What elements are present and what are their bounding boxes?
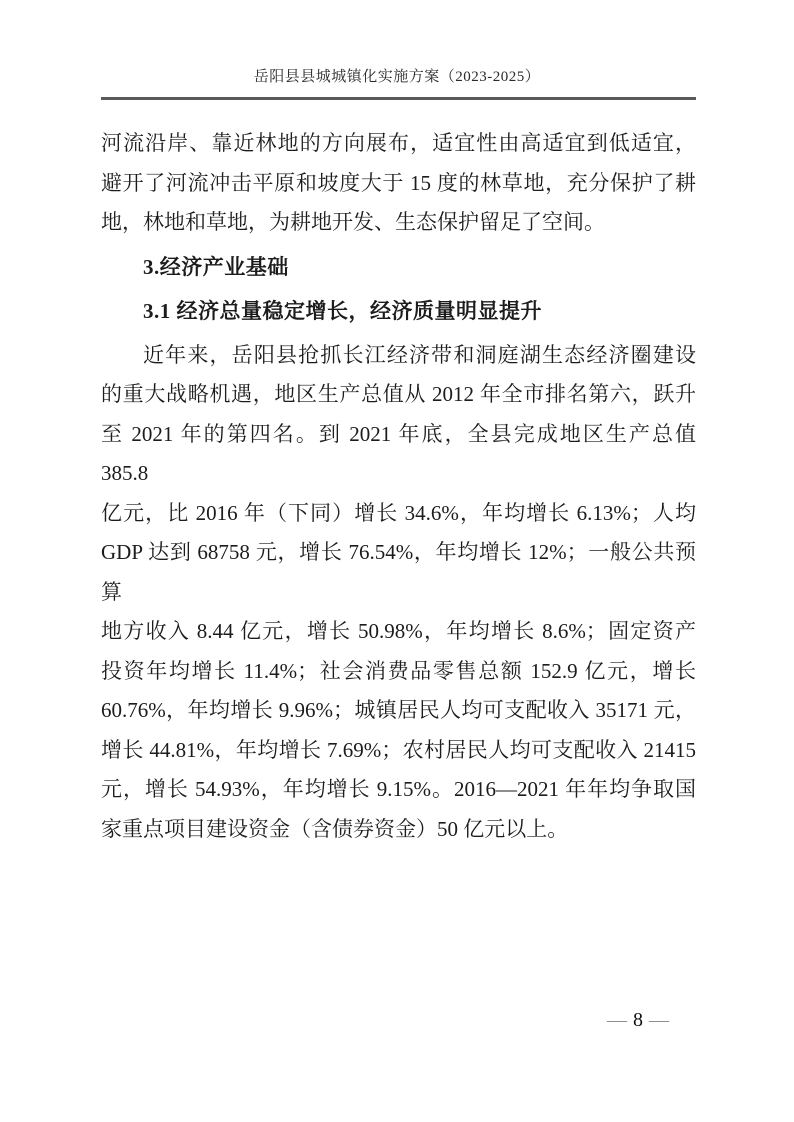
text-line: 家重点项目建设资金（含债券资金）50 亿元以上。 (101, 810, 696, 850)
text-line: 的重大战略机遇，地区生产总值从 2012 年全市排名第六，跃升 (101, 375, 696, 415)
document-page: 岳阳县县城城镇化实施方案（2023-2025） 河流沿岸、靠近林地的方向展布，适… (0, 0, 794, 1122)
header-rule (101, 97, 696, 100)
section-heading: 3.经济产业基础 (101, 248, 696, 288)
page-footer: —8— (598, 1007, 678, 1033)
text-line: 元，增长 54.93%，年均增长 9.15%。2016—2021 年年均争取国 (101, 770, 696, 810)
text-line: 避开了河流冲击平原和坡度大于 15 度的林草地，充分保护了耕 (101, 164, 696, 204)
text-line: 地方收入 8.44 亿元，增长 50.98%，年均增长 8.6%；固定资产 (101, 612, 696, 652)
text-line: 河流沿岸、靠近林地的方向展布，适宜性由高适宜到低适宜， (101, 124, 696, 164)
text-line: 亿元，比 2016 年（下同）增长 34.6%，年均增长 6.13%；人均 (101, 494, 696, 534)
page-number: 8 (627, 1009, 649, 1031)
document-body: 河流沿岸、靠近林地的方向展布，适宜性由高适宜到低适宜，避开了河流冲击平原和坡度大… (101, 124, 696, 849)
text-line: GDP 达到 68758 元，增长 76.54%，年均增长 12%；一般公共预算 (101, 533, 696, 612)
text-line: 增长 44.81%，年均增长 7.69%；农村居民人均可支配收入 21415 (101, 731, 696, 771)
text-line: 近年来，岳阳县抢抓长江经济带和洞庭湖生态经济圈建设 (101, 336, 696, 376)
text-line: 投资年均增长 11.4%；社会消费品零售总额 152.9 亿元，增长 (101, 652, 696, 692)
section-heading: 3.1 经济总量稳定增长，经济质量明显提升 (101, 292, 696, 332)
text-line: 地，林地和草地，为耕地开发、生态保护留足了空间。 (101, 203, 696, 243)
text-line: 至 2021 年的第四名。到 2021 年底，全县完成地区生产总值 385.8 (101, 415, 696, 494)
page-header-title: 岳阳县县城城镇化实施方案（2023-2025） (0, 66, 794, 88)
text-line: 60.76%，年均增长 9.96%；城镇居民人均可支配收入 35171 元， (101, 691, 696, 731)
page-number-dash-right: — (649, 1009, 669, 1031)
page-number-dash-left: — (607, 1009, 627, 1031)
